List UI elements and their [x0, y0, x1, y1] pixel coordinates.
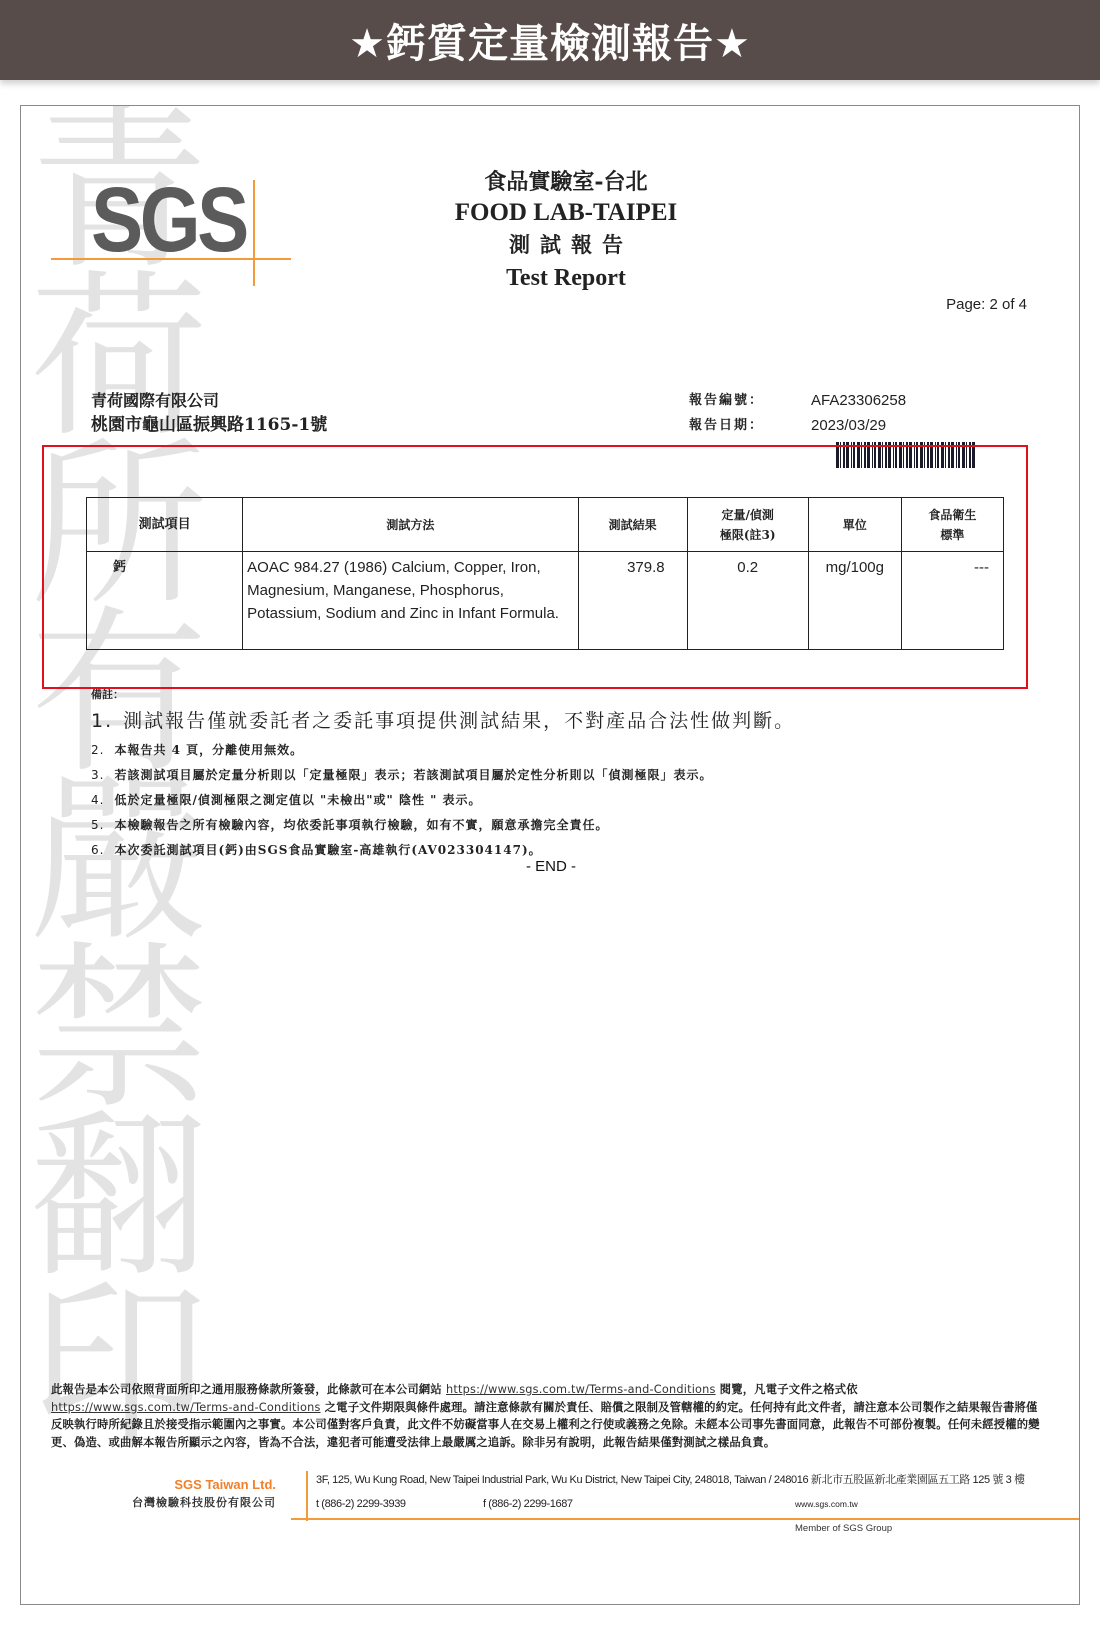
end-marker: - END - — [21, 858, 1080, 875]
legal-disclaimer: 此報告是本公司依照背面所印之通用服務條款所簽發，此條款可在本公司網站 https… — [51, 1381, 1041, 1451]
footer-member: Member of SGS Group — [795, 1523, 892, 1534]
footer-divider — [291, 1518, 1080, 1520]
page-banner: ★鈣質定量檢測報告★ — [0, 0, 1100, 80]
footer-phone: t (886-2) 2299-3939 — [316, 1498, 406, 1510]
test-report-document: 青 荷 所 有 嚴 禁 翻 印 SGS 食品實驗室-台北 FOOD LAB-TA… — [20, 105, 1080, 1605]
company-name-en: SGS Taiwan Ltd. — [51, 1476, 276, 1494]
note-item: 3.若該測試項目屬於定量分析則以「定量極限」表示；若該測試項目屬於定性分析則以「… — [91, 763, 991, 788]
report-date: 2023/03/29 — [811, 413, 886, 438]
page-number: Page: 2 of 4 — [946, 296, 1027, 313]
client-name: 青荷國際有限公司 — [91, 388, 327, 413]
note-number: 4. — [91, 793, 104, 807]
company-name-zh: 台灣檢驗科技股份有限公司 — [51, 1494, 276, 1512]
sgs-logo-text: SGS — [91, 174, 246, 266]
note-number: 1. — [91, 710, 113, 732]
report-number: AFA23306258 — [811, 388, 906, 413]
note-text: 若該測試項目屬於定量分析則以「定量極限」表示；若該測試項目屬於定性分析則以「偵測… — [114, 768, 712, 782]
terms-link[interactable]: https://www.sgs.com.tw/Terms-and-Conditi… — [51, 1401, 321, 1414]
note-number: 2. — [91, 743, 104, 757]
footer-fax: f (886-2) 2299-1687 — [483, 1498, 573, 1510]
note-item: 5.本檢驗報告之所有檢驗內容，均依委託事項執行檢驗，如有不實，願意承擔完全責任。 — [91, 813, 991, 838]
note-item: 4.低於定量極限/偵測極限之測定值以 "未檢出"或" 陰性 " 表示。 — [91, 788, 991, 813]
lab-name-en: FOOD LAB-TAIPEI — [401, 198, 731, 228]
report-title-en: Test Report — [401, 262, 731, 294]
note-text: 本次委託測試項目(鈣)由SGS食品實驗室-高雄執行(AV023304147)。 — [114, 843, 541, 857]
terms-link[interactable]: https://www.sgs.com.tw/Terms-and-Conditi… — [446, 1383, 716, 1396]
note-number: 5. — [91, 818, 104, 832]
report-title-block: 食品實驗室-台北 FOOD LAB-TAIPEI 測試報告 Test Repor… — [401, 166, 731, 294]
report-date-label: 報告日期： — [689, 413, 811, 438]
watermark-char: 翻 — [30, 1114, 208, 1282]
footer-address: 3F, 125, Wu Kung Road, New Taipei Indust… — [316, 1471, 1025, 1487]
note-text: 本報告共 4 頁，分離使用無效。 — [114, 743, 303, 757]
footer-divider — [306, 1471, 308, 1521]
disclaimer-text: 閱覽，凡電子文件之格式依 — [716, 1383, 858, 1396]
highlight-box — [42, 445, 1028, 689]
footer-company: SGS Taiwan Ltd. 台灣檢驗科技股份有限公司 — [51, 1476, 276, 1512]
note-number: 6. — [91, 843, 104, 857]
lab-name-zh: 食品實驗室-台北 — [401, 166, 731, 198]
note-number: 3. — [91, 768, 104, 782]
banner-title: ★鈣質定量檢測報告★ — [349, 12, 751, 69]
sgs-logo: SGS — [51, 166, 301, 276]
notes: 備註： 1.測試報告僅就委託者之委託事項提供測試結果，不對產品合法性做判斷。 2… — [91, 686, 991, 863]
note-text: 低於定量極限/偵測極限之測定值以 "未檢出"或" 陰性 " 表示。 — [114, 793, 481, 807]
client-info: 青荷國際有限公司 桃園市龜山區振興路1165-1號 — [91, 388, 327, 438]
note-text: 本檢驗報告之所有檢驗內容，均依委託事項執行檢驗，如有不實，願意承擔完全責任。 — [114, 818, 608, 832]
footer-website[interactable]: www.sgs.com.tw — [795, 1499, 858, 1509]
report-title-zh: 測試報告 — [401, 228, 731, 262]
note-text: 測試報告僅就委託者之委託事項提供測試結果，不對產品合法性做判斷。 — [123, 710, 795, 732]
client-address: 桃園市龜山區振興路1165-1號 — [91, 413, 327, 438]
report-number-label: 報告編號： — [689, 388, 811, 413]
note-item: 2.本報告共 4 頁，分離使用無效。 — [91, 738, 991, 763]
disclaimer-text: 此報告是本公司依照背面所印之通用服務條款所簽發，此條款可在本公司網站 — [51, 1383, 446, 1396]
logo-accent-line — [253, 180, 255, 286]
report-meta: 報告編號： AFA23306258 報告日期： 2023/03/29 — [689, 388, 906, 438]
watermark-char: 禁 — [30, 946, 208, 1114]
logo-accent-line — [51, 258, 291, 260]
note-item: 1.測試報告僅就委託者之委託事項提供測試結果，不對產品合法性做判斷。 — [91, 704, 991, 738]
